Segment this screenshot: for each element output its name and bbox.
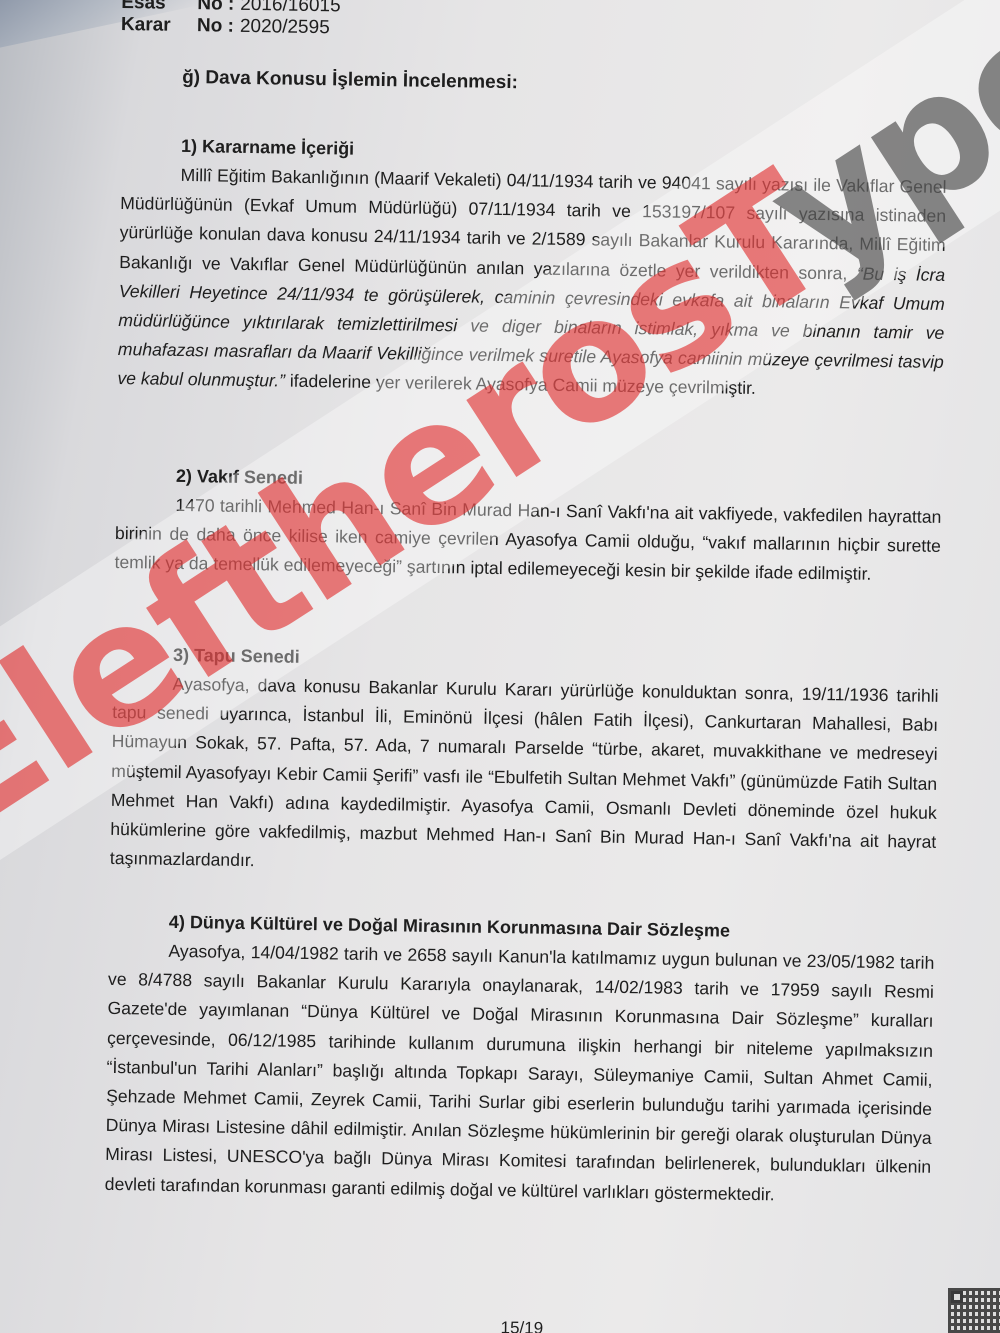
- no-label: No :: [197, 15, 234, 38]
- body-text: Millî Eğitim Bakanlığının (Maarif Vekale…: [119, 165, 947, 283]
- section-tapu-senedi: 3) Tapu Senedi Ayasofya, dava konusu Bak…: [110, 639, 940, 886]
- section-body: Millî Eğitim Bakanlığının (Maarif Vekale…: [117, 160, 947, 407]
- case-identifiers: Esas No : 2016/16015 Karar No : 2020/259…: [121, 0, 341, 39]
- section-body: 1470 tarihli Mehmed Han-ı Sanî Bin Murad…: [114, 490, 941, 591]
- esas-label: Esas: [121, 0, 197, 15]
- no-label: No :: [197, 0, 234, 16]
- karar-label: Karar: [121, 14, 197, 37]
- karar-row: Karar No : 2020/2595: [121, 14, 341, 39]
- qr-code-icon: [948, 1288, 1000, 1333]
- section-body: Ayasofya, 14/04/1982 tarih ve 2658 sayıl…: [105, 936, 935, 1212]
- section-title: ğ) Dava Konusu İşlemin İncelenmesi:: [182, 67, 518, 94]
- karar-number: 2020/2595: [240, 16, 330, 39]
- qr-finder-pattern: [951, 1291, 963, 1303]
- page-number: 15/19: [500, 1318, 543, 1333]
- section-dunya-mirasi: 4) Dünya Kültürel ve Doğal Mirasının Kor…: [105, 906, 935, 1212]
- esas-number: 2016/16015: [240, 0, 341, 17]
- section-kararname: 1) Kararname İçeriği Millî Eğitim Bakanl…: [117, 130, 947, 407]
- section-body: Ayasofya, dava konusu Bakanlar Kurulu Ka…: [110, 669, 939, 886]
- body-text: ifadelerine yer verilerek Ayasofya Camii…: [285, 371, 756, 398]
- section-vakif-senedi: 2) Vakıf Senedi 1470 tarihli Mehmed Han-…: [114, 460, 942, 591]
- document-page: Esas No : 2016/16015 Karar No : 2020/259…: [0, 0, 1000, 1333]
